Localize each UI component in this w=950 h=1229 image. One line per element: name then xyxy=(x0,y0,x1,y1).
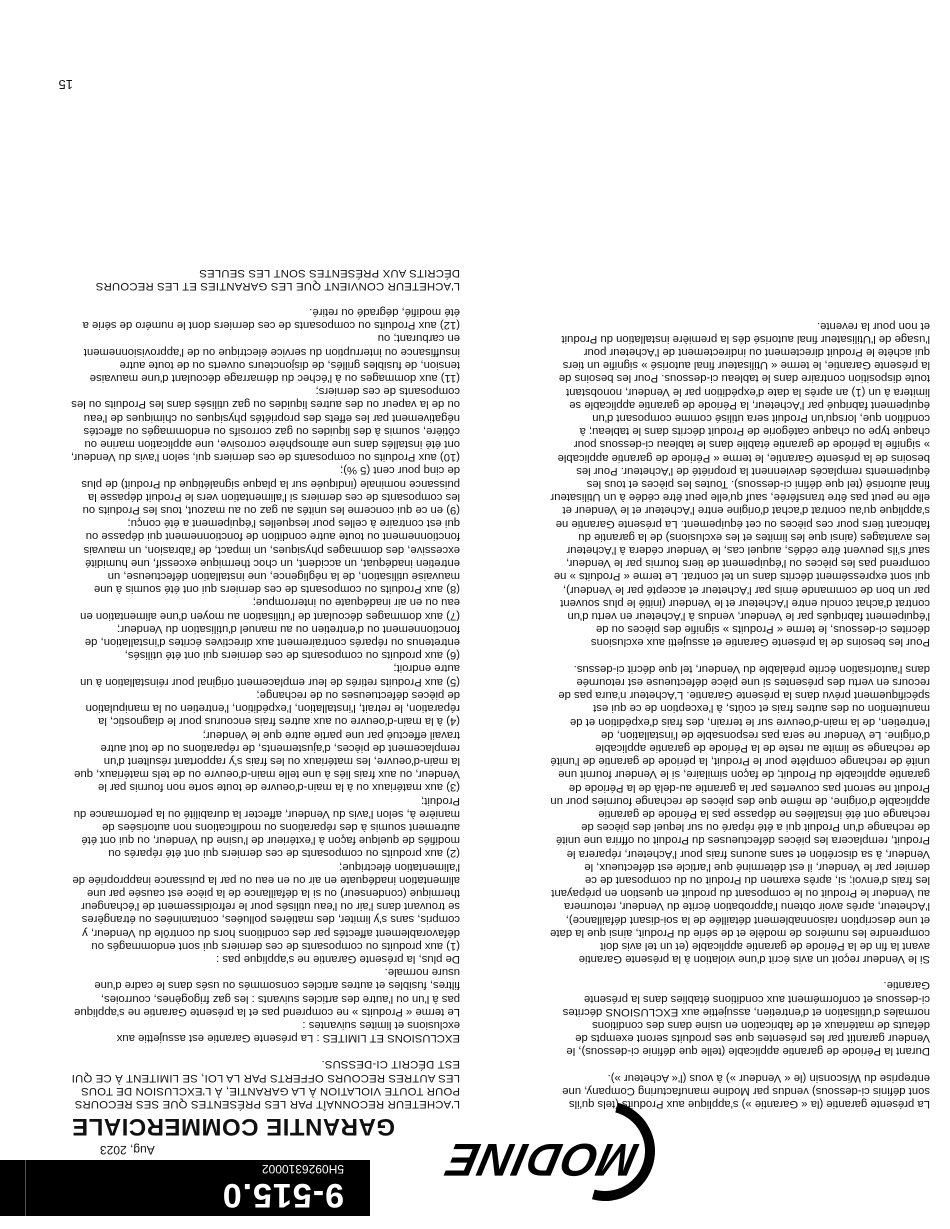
remedies-notice: L'ACHETEUR RECONNAÎT PAR LES PRÉSENTES Q… xyxy=(70,1057,460,1110)
exclusion-item: (10) aux Produits ou composants de ces d… xyxy=(70,384,460,463)
closing-notice: L'ACHETEUR CONVIENT QUE LES GARANTIES ET… xyxy=(70,265,460,291)
paragraph: Le terme « Produits » ne comprend pas et… xyxy=(70,965,460,1018)
page-title: GARANTIE COMMERCIALE xyxy=(72,1112,395,1140)
document-code: 9-515.0 xyxy=(222,1175,344,1214)
docbox-divider xyxy=(25,1160,26,1216)
paragraph: Durant la Période de garantie applicable… xyxy=(550,978,930,1057)
exclusion-item: (3) aux matériaux ou à la main-d'oeuvre … xyxy=(70,727,460,793)
paragraph: De plus, la présente Garantie ne s'appli… xyxy=(70,952,460,965)
left-column: La présente garantie (la « Garantie ») s… xyxy=(550,305,930,1110)
exclusion-item: (8) aux Produits ou composants de ces de… xyxy=(70,516,460,595)
paragraph: Si le Vendeur reçoit un avis écrit d'une… xyxy=(550,662,930,966)
paragraph: Pour les besoins de la présente Garantie… xyxy=(550,318,930,648)
exclusion-item: (1) aux produits ou composants de ces de… xyxy=(70,859,460,951)
exclusion-item: (9) en ce qui concerne les unités au gaz… xyxy=(70,463,460,516)
exclusion-item: (5) aux Produits retirés de leur emplace… xyxy=(70,661,460,687)
exclusion-item: (12) aux Produits ou composants de ces d… xyxy=(70,305,460,331)
right-column: L'ACHETEUR RECONNAÎT PAR LES PRÉSENTES Q… xyxy=(70,252,460,1110)
exclusion-item: (11) aux dommages ou à l'échec du démarr… xyxy=(70,331,460,384)
paragraph: La présente garantie (la « Garantie ») s… xyxy=(550,1070,930,1110)
page-number: 15 xyxy=(59,77,73,92)
exclusions-heading: EXCLUSIONS ET LIMITES xyxy=(323,1032,460,1044)
modine-logo: MODINE xyxy=(415,1121,655,1201)
exclusion-item: (2) aux produits ou composants de ces de… xyxy=(70,793,460,859)
exclusion-item: (4) à la main-d'oeuvre ou aux autres fra… xyxy=(70,688,460,728)
brand-wordmark: MODINE xyxy=(441,1133,642,1187)
exclusion-item: (7) aux dommages découlant de l'utilisat… xyxy=(70,595,460,621)
document-page: MODINE 9-515.0 5H0926310002 Aug, 2023 GA… xyxy=(0,0,950,1229)
exclusion-item: (6) aux produits ou composants de ces de… xyxy=(70,622,460,662)
document-code-box: 9-515.0 5H0926310002 xyxy=(0,1160,370,1216)
document-date: Aug, 2023 xyxy=(100,1143,155,1157)
part-number: 5H0926310002 xyxy=(262,1162,344,1176)
exclusions-intro: EXCLUSIONS ET LIMITES : La présente Gara… xyxy=(70,1018,460,1044)
